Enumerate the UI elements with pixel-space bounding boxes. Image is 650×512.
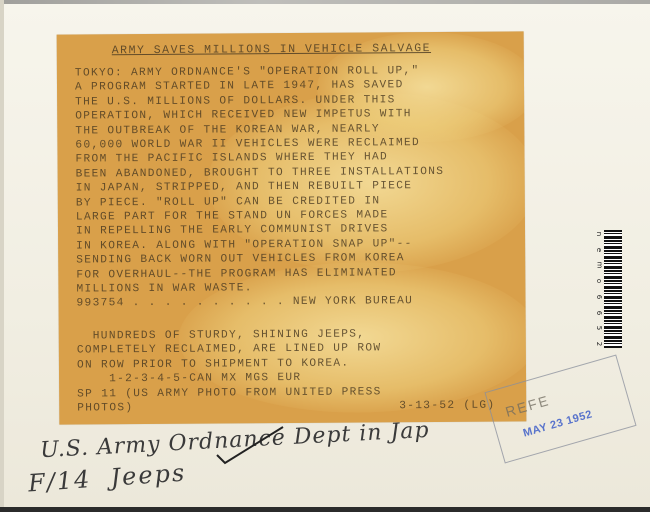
press-caption-slip: ARMY SAVES MILLIONS IN VEHICLE SALVAGE T…: [57, 31, 527, 424]
headline: ARMY SAVES MILLIONS IN VEHICLE SALVAGE: [112, 42, 431, 59]
caption-line: SP 11 (US ARMY PHOTO FROM UNITED PRESS: [77, 385, 382, 402]
bureau-name: NEW YORK BUREAU: [293, 295, 413, 308]
barcode-digit: 6: [595, 295, 603, 299]
date-code: 3-13-52 (LG): [399, 399, 495, 414]
check-mark-icon: [215, 425, 285, 465]
caption-line: ON ROW PRIOR TO SHIPMENT TO KOREA.: [77, 356, 382, 373]
barcode-digits: nemo6652: [594, 230, 604, 348]
story-line: FOR OVERHAUL--THE PROGRAM HAS ELIMINATED: [76, 266, 445, 283]
barcode-digit: 5: [595, 326, 603, 330]
barcode-digit: 6: [595, 310, 603, 314]
bottom-edge: [0, 507, 650, 512]
story-line: IN JAPAN, STRIPPED, AND THEN REBUILT PIE…: [76, 179, 445, 196]
stamp-label: REFE: [504, 392, 552, 420]
dot-leader: . . . . . . . . . .: [125, 296, 293, 309]
barcode-digit: n: [595, 232, 603, 236]
barcode-digit: 2: [595, 342, 603, 346]
barcode: [604, 230, 622, 348]
top-edge-shadow: [0, 0, 650, 4]
file-number: 993754: [76, 297, 124, 309]
photo-caption: HUNDREDS OF STURDY, SHINING JEEPS,COMPLE…: [77, 327, 382, 416]
barcode-digit: e: [595, 248, 603, 252]
left-edge: [0, 0, 4, 512]
barcode-digit: o: [595, 279, 603, 283]
story-line: OPERATION, WHICH RECEIVED NEW IMPETUS WI…: [75, 107, 444, 124]
barcode-digit: m: [595, 262, 603, 269]
caption-line: PHOTOS): [77, 399, 382, 416]
story-body: TOKYO: ARMY ORDNANCE'S "OPERATION ROLL U…: [75, 64, 445, 297]
bureau-line: 993754 . . . . . . . . . . NEW YORK BURE…: [76, 294, 413, 311]
